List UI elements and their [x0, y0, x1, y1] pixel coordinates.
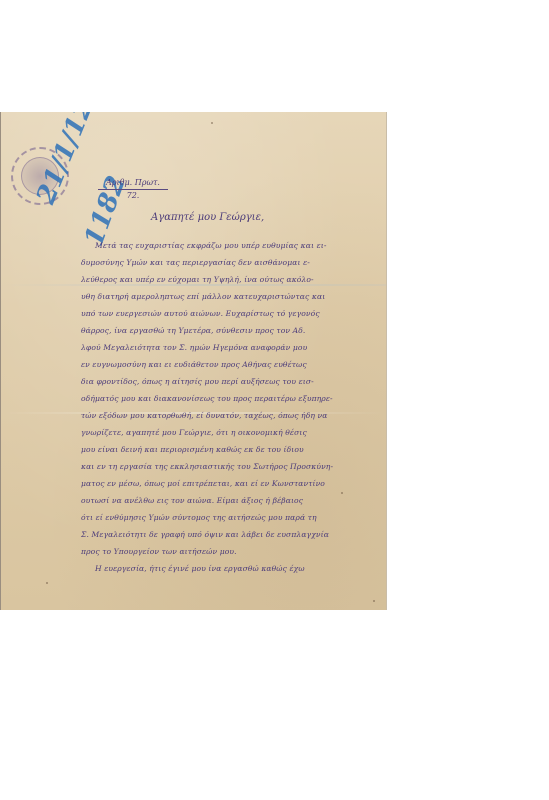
letter-line: θάρρος, ίνα εργασθώ τη Υμετέρα, σύνθεσιν…	[81, 322, 377, 339]
paper-speck	[46, 582, 48, 584]
paper-speck	[341, 492, 343, 494]
paper-speck	[373, 600, 375, 602]
paper-speck	[211, 122, 213, 124]
letter-line: λεύθερος και υπέρ εν εύχομαι τη Υψηλή, ί…	[81, 271, 377, 288]
letter-line: υπό των ευεργεσιών αυτού αιώνων. Ευχαρίσ…	[81, 305, 377, 322]
protocol-reference: Αριθμ. Πρωτ. 72.	[98, 178, 168, 200]
letter-line: λφού Μεγαλειότητα τον Σ. ημών Ηγεμόνα αν…	[81, 339, 377, 356]
letter-line: δια φροντίδος, όπως η αίτησίς μου περί α…	[81, 373, 377, 390]
letter-line: ότι εί ενθύμησις Υμών σύντομος της αιτήσ…	[81, 509, 377, 526]
scanned-letter-page: 21/1/12 1182 Αριθμ. Πρωτ. 72. Αγαπητέ μο…	[0, 112, 386, 610]
protocol-number: 72.	[98, 191, 168, 200]
letter-line: γνωρίζετε, αγαπητέ μου Γεώργιε, ότι η οι…	[81, 424, 377, 441]
letter-line: Σ. Μεγαλειότητι δε γραφή υπό όψιν και λά…	[81, 526, 377, 543]
letter-line: οδήματός μου και διακανονίσεως του προς …	[81, 390, 377, 407]
letter-line: ουτωσί να ανέλθω εις τον αιώνα. Είμαι άξ…	[81, 492, 377, 509]
letter-line: τών εξόδων μου κατορθωθή, εί δυνατόν, τα…	[81, 407, 377, 424]
letter-line: Η ευεργεσία, ήτις έγινέ μου ίνα εργασθώ …	[81, 560, 377, 577]
letter-line: προς το Υπουργείον των αιτήσεών μου.	[81, 543, 377, 560]
letter-line: υθη διατηρή αμεροληπτως επί μάλλον κατευ…	[81, 288, 377, 305]
letter-line: ματος εν μέσω, όπως μοί επιτρέπεται, και…	[81, 475, 377, 492]
letter-body: Μετά τας ευχαριστίας εκφράζω μου υπέρ ευ…	[81, 237, 377, 577]
letter-line: Μετά τας ευχαριστίας εκφράζω μου υπέρ ευ…	[81, 237, 377, 254]
letter-line: εν ευγνωμοσύνη και ει ευδιάθετον προς Αθ…	[81, 356, 377, 373]
letter-line: μου είναι δεινή και περιορισμένη καθώς ε…	[81, 441, 377, 458]
letter-line: και εν τη εργασία της εκκλησιαστικής του…	[81, 458, 377, 475]
letter-salutation: Αγαπητέ μου Γεώργιε,	[151, 212, 264, 223]
protocol-label: Αριθμ. Πρωτ.	[98, 178, 168, 187]
protocol-divider	[98, 189, 168, 190]
letter-line: δυμοσύνης Υμών και τας περιεργασίας δεν …	[81, 254, 377, 271]
